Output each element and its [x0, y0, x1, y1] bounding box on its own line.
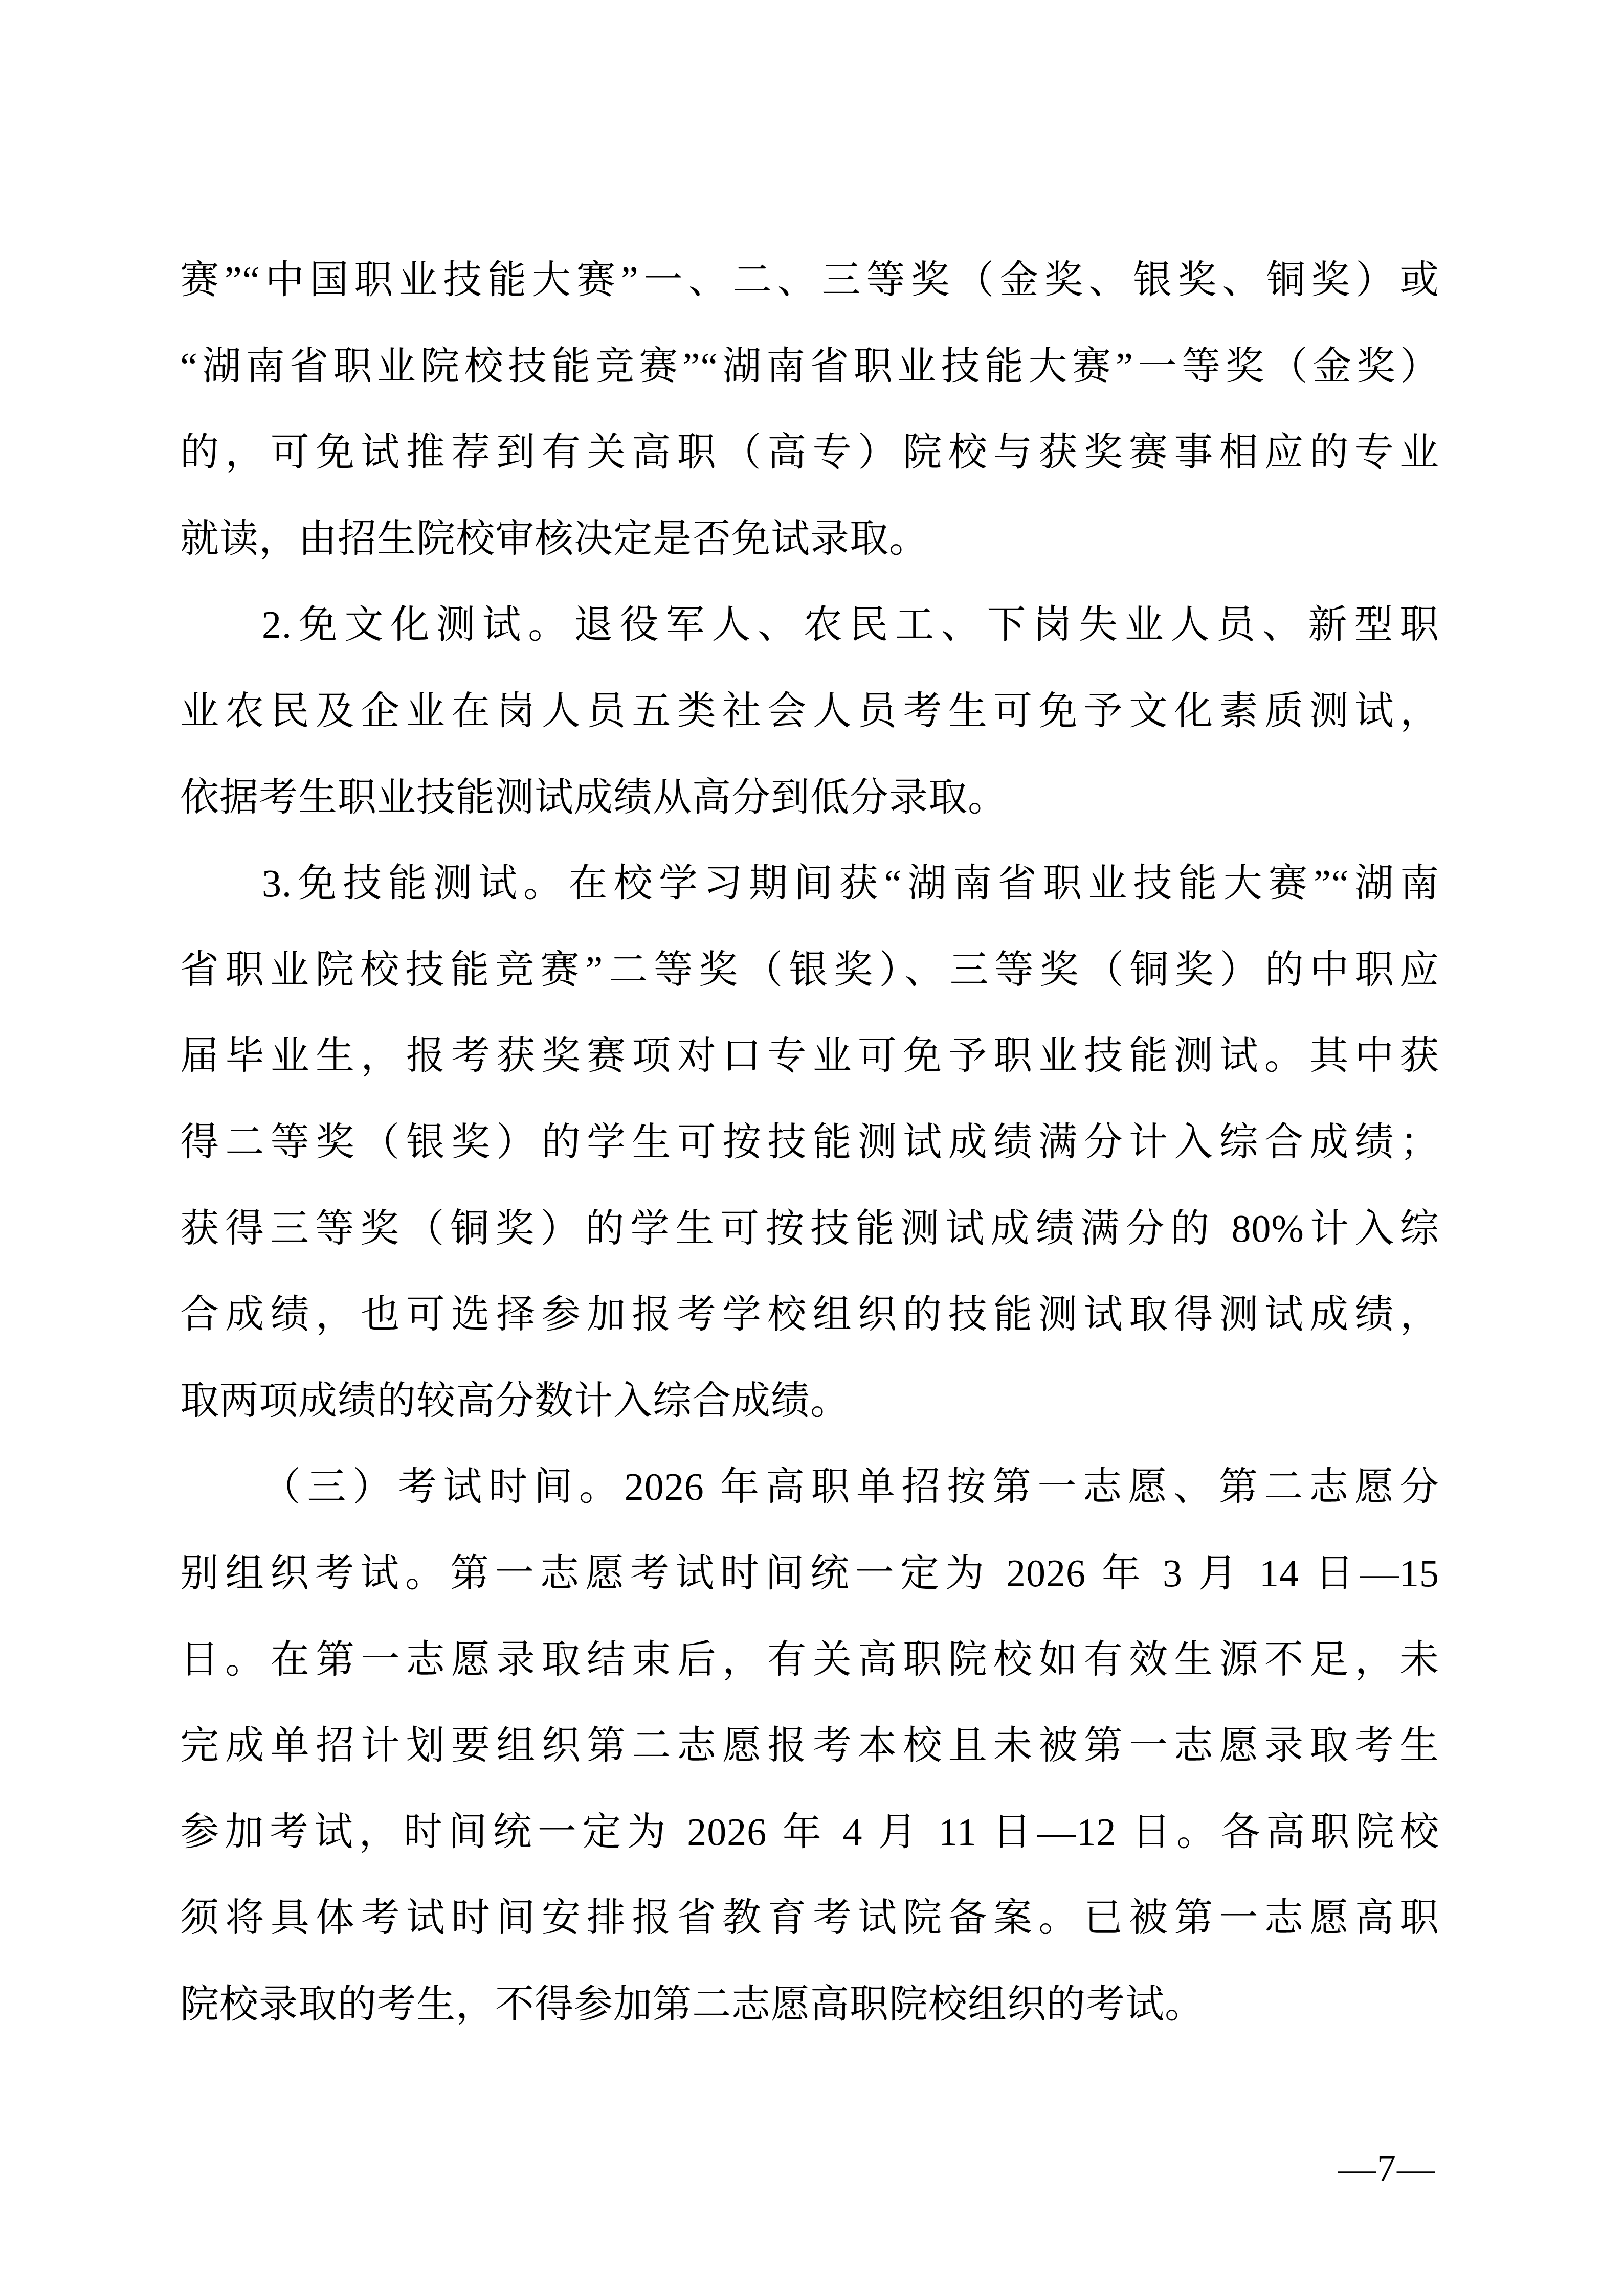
page-number: —7—: [1338, 2146, 1436, 2192]
text-line: 须将具体考试时间安排报省教育考试院备案。已被第一志愿高职: [180, 1875, 1439, 1962]
paragraph-culture-test-exemption: 2.免文化测试。退役军人、农民工、下岗失业人员、新型职 业农民及企业在岗人员五类…: [180, 582, 1439, 841]
document-page: 赛”“中国职业技能大赛”一、二、三等奖（金奖、银奖、铜奖）或 “湖南省职业院校技…: [0, 0, 1624, 2296]
text-line: 获得三等奖（铜奖）的学生可按技能测试成绩满分的 80%计入综: [180, 1186, 1439, 1272]
text-line: “湖南省职业院校技能竞赛”“湖南省职业技能大赛”一等奖（金奖）: [180, 324, 1439, 410]
text-line: 3.免技能测试。在校学习期间获“湖南省职业技能大赛”“湖南: [180, 841, 1439, 927]
text-line: 取两项成绩的较高分数计入综合成绩。: [180, 1358, 1439, 1445]
text-line: 日。在第一志愿录取结束后，有关高职院校如有效生源不足，未: [180, 1617, 1439, 1703]
text-line: 依据考生职业技能测试成绩从高分到低分录取。: [180, 755, 1439, 841]
text-line: 业农民及企业在岗人员五类社会人员考生可免予文化素质测试，: [180, 668, 1439, 755]
text-line: 参加考试，时间统一定为 2026 年 4 月 11 日—12 日。各高职院校: [180, 1789, 1439, 1876]
paragraph-skill-test-exemption: 3.免技能测试。在校学习期间获“湖南省职业技能大赛”“湖南 省职业院校技能竞赛”…: [180, 841, 1439, 1444]
text-line: 合成绩，也可选择参加报考学校组织的技能测试取得测试成绩，: [180, 1272, 1439, 1358]
document-body: 赛”“中国职业技能大赛”一、二、三等奖（金奖、银奖、铜奖）或 “湖南省职业院校技…: [180, 237, 1439, 2047]
text-line: 完成单招计划要组织第二志愿报考本校且未被第一志愿录取考生: [180, 1703, 1439, 1789]
paragraph-exam-time: （三）考试时间。2026 年高职单招按第一志愿、第二志愿分 别组织考试。第一志愿…: [180, 1444, 1439, 2047]
text-line: 届毕业生，报考获奖赛项对口专业可免予职业技能测试。其中获: [180, 1013, 1439, 1099]
paragraph-awards-exemption: 赛”“中国职业技能大赛”一、二、三等奖（金奖、银奖、铜奖）或 “湖南省职业院校技…: [180, 237, 1439, 582]
text-line: 赛”“中国职业技能大赛”一、二、三等奖（金奖、银奖、铜奖）或: [180, 237, 1439, 324]
text-line: 2.免文化测试。退役军人、农民工、下岗失业人员、新型职: [180, 582, 1439, 668]
text-line: 别组织考试。第一志愿考试时间统一定为 2026 年 3 月 14 日—15: [180, 1530, 1439, 1617]
text-line: 就读，由招生院校审核决定是否免试录取。: [180, 496, 1439, 582]
text-line: 的，可免试推荐到有关高职（高专）院校与获奖赛事相应的专业: [180, 410, 1439, 496]
text-line: 省职业院校技能竞赛”二等奖（银奖）、三等奖（铜奖）的中职应: [180, 927, 1439, 1014]
text-line: （三）考试时间。2026 年高职单招按第一志愿、第二志愿分: [180, 1444, 1439, 1530]
text-line: 得二等奖（银奖）的学生可按技能测试成绩满分计入综合成绩；: [180, 1099, 1439, 1186]
text-line: 院校录取的考生，不得参加第二志愿高职院校组织的考试。: [180, 1962, 1439, 2048]
